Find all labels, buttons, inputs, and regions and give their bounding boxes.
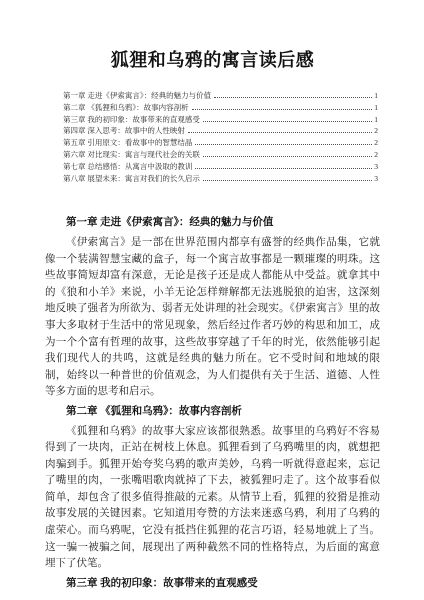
- toc-entry: 第三章 我的初印象：故事带来的直观感受 1: [63, 114, 378, 126]
- toc-page-number: 2: [374, 125, 378, 137]
- toc-page-number: 1: [374, 114, 378, 126]
- toc-entry-label: 第七章 总结感悟：从寓言中汲取的教训: [63, 161, 192, 173]
- toc-entry: 第一章 走进《伊索寓言》：经典的魅力与价值 1: [63, 90, 378, 102]
- toc-page-number: 1: [374, 102, 378, 114]
- toc-dot-leader: [203, 121, 372, 122]
- chapter-1-heading: 第一章 走进《伊索寓言》：经典的魅力与价值: [45, 215, 380, 232]
- toc-page-number: 2: [374, 149, 378, 161]
- toc-page-number: 1: [374, 90, 378, 102]
- toc-page-number: 3: [374, 173, 378, 185]
- toc-entry: 第四章 深入思考：故事中的人性映射 2: [63, 125, 378, 137]
- toc-entry-label: 第五章 引用原文：看故事中的智慧结晶: [63, 137, 192, 149]
- toc-entry-label: 第一章 走进《伊索寓言》：经典的魅力与价值: [63, 90, 211, 102]
- toc-entry: 第八章 展望未来：寓言对我们的长久启示 3: [63, 173, 378, 185]
- toc-entry-label: 第八章 展望未来：寓言对我们的长久启示: [63, 173, 200, 185]
- chapter-2-heading: 第二章 《狐狸和乌鸦》：故事内容剖析: [45, 404, 380, 421]
- toc-dot-leader: [203, 156, 372, 157]
- toc-entry: 第五章 引用原文：看故事中的智慧结晶 2: [63, 137, 378, 149]
- chapter-1-paragraph: 《伊索寓言》是一部在世界范围内都享有盛誉的经典作品集，它就像一个装满智慧宝藏的盒…: [45, 235, 380, 401]
- toc-page-number: 3: [374, 161, 378, 173]
- toc-entry: 第六章 对比现实：寓言与现代社会的关联 2: [63, 149, 378, 161]
- chapter-3-heading: 第三章 我的初印象：故事带来的直观感受: [45, 576, 380, 593]
- toc-entry-label: 第三章 我的初印象：故事带来的直观感受: [63, 114, 200, 126]
- toc-entry-label: 第六章 对比现实：寓言与现代社会的关联: [63, 149, 200, 161]
- toc-dot-leader: [188, 132, 372, 133]
- toc-dot-leader: [192, 109, 373, 110]
- table-of-contents: 第一章 走进《伊索寓言》：经典的魅力与价值 1 第二章 《狐狸和乌鸦》：故事内容…: [63, 90, 378, 184]
- chapter-2-paragraph: 《狐狸和乌鸦》的故事大家应该都很熟悉。故事里的乌鸦好不容易得到了一块肉，正站在树…: [45, 424, 380, 573]
- toc-page-number: 2: [374, 137, 378, 149]
- document-body: 第一章 走进《伊索寓言》：经典的魅力与价值 《伊索寓言》是一部在世界范围内都享有…: [45, 215, 380, 592]
- toc-entry-label: 第四章 深入思考：故事中的人性映射: [63, 125, 185, 137]
- toc-entry: 第七章 总结感悟：从寓言中汲取的教训 3: [63, 161, 378, 173]
- toc-entry: 第二章 《狐狸和乌鸦》：故事内容剖析 1: [63, 102, 378, 114]
- document-title: 狐狸和乌鸦的寓言读后感: [45, 46, 380, 72]
- document-page: 狐狸和乌鸦的寓言读后感 第一章 走进《伊索寓言》：经典的魅力与价值 1 第二章 …: [0, 0, 424, 600]
- toc-dot-leader: [195, 144, 372, 145]
- toc-entry-label: 第二章 《狐狸和乌鸦》：故事内容剖析: [63, 102, 189, 114]
- toc-dot-leader: [214, 97, 372, 98]
- toc-dot-leader: [203, 180, 372, 181]
- toc-dot-leader: [195, 168, 372, 169]
